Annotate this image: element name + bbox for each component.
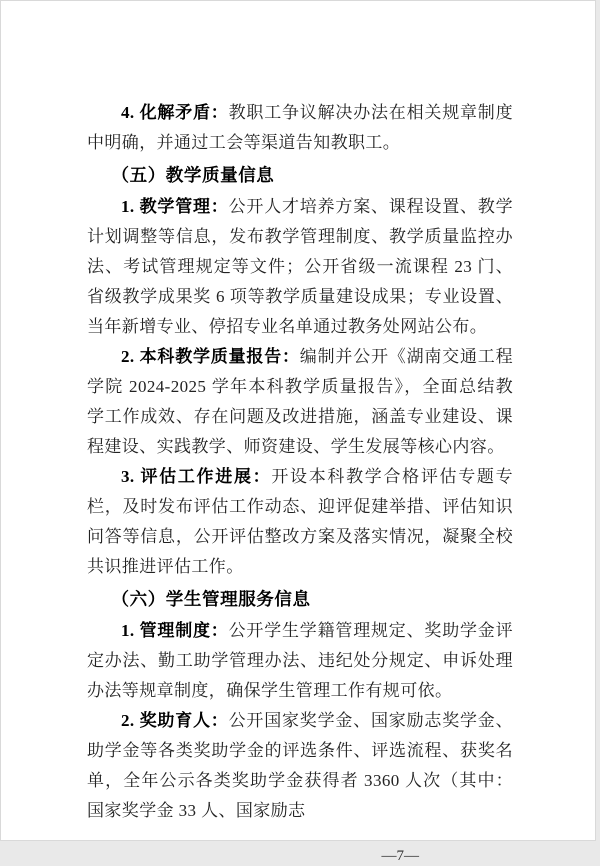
section-heading: （六）学生管理服务信息: [87, 584, 513, 615]
paragraph: 2. 本科教学质量报告：编制并公开《湖南交通工程学院 2024-2025 学年本…: [87, 342, 513, 462]
paragraph: 1. 教学管理：公开人才培养方案、课程设置、教学计划调整等信息，发布教学管理制度…: [87, 192, 513, 342]
paragraph-label: 4. 化解矛盾：: [121, 103, 229, 122]
document-page: 4. 化解矛盾：教职工争议解决办法在相关规章制度中明确，并通过工会等渠道告知教职…: [0, 0, 596, 841]
paragraph-label: 2. 本科教学质量报告：: [121, 347, 300, 366]
paragraph-text: 公开人才培养方案、课程设置、教学计划调整等信息，发布教学管理制度、教学质量监控办…: [87, 197, 513, 336]
section-heading: （五）教学质量信息: [87, 160, 513, 191]
paragraph-label: 2. 奖助育人：: [121, 711, 229, 730]
paragraph: 3. 评估工作进展：开设本科教学合格评估专题专栏，及时发布评估工作动态、迎评促建…: [87, 462, 513, 582]
paragraph: 4. 化解矛盾：教职工争议解决办法在相关规章制度中明确，并通过工会等渠道告知教职…: [87, 98, 513, 158]
paragraph: 1. 管理制度：公开学生学籍管理规定、奖助学金评定办法、勤工助学管理办法、违纪处…: [87, 616, 513, 706]
paragraph: 2. 奖助育人：公开国家奖学金、国家励志奖学金、助学金等各类奖助学金的评选条件、…: [87, 706, 513, 826]
page-content: 4. 化解矛盾：教职工争议解决办法在相关规章制度中明确，并通过工会等渠道告知教职…: [1, 1, 595, 846]
paragraph-label: 1. 管理制度：: [121, 621, 229, 640]
paragraph-label: 1. 教学管理：: [121, 197, 229, 216]
paragraph-label: 3. 评估工作进展：: [121, 467, 271, 486]
